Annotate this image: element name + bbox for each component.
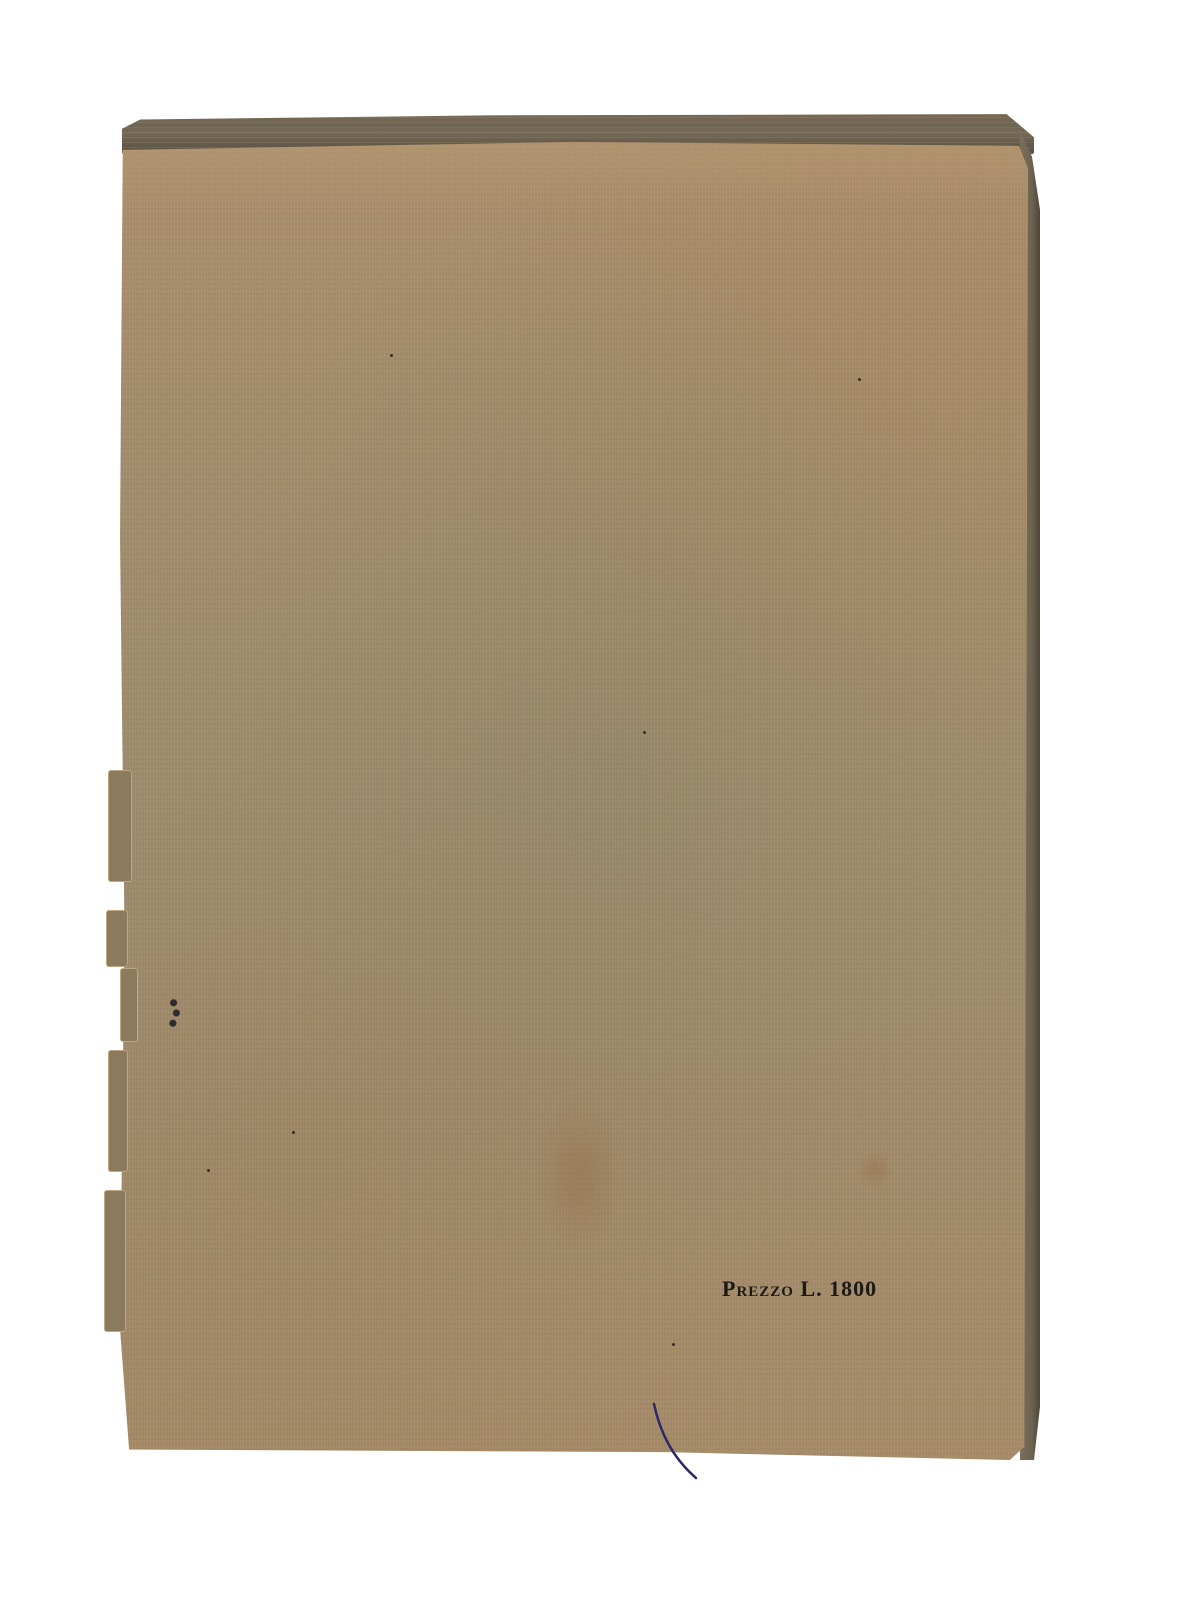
ink-smudge [168, 996, 182, 1030]
speck [858, 378, 861, 381]
water-stain [535, 1095, 625, 1255]
speck [672, 1343, 675, 1346]
torn-edge-fragment [108, 1050, 128, 1172]
speck [207, 1169, 210, 1172]
speck [390, 354, 393, 357]
cover-wear [120, 142, 1028, 212]
torn-edge-fragment [106, 910, 128, 967]
water-stain [855, 1150, 895, 1190]
pen-mark [650, 1402, 710, 1482]
price-label: Prezzo L. 1800 [722, 1276, 877, 1302]
torn-edge-fragment [104, 1190, 126, 1332]
back-cover [120, 142, 1028, 1460]
speck [643, 731, 646, 734]
speck [292, 1131, 295, 1134]
scanned-page: Prezzo L. 1800 [0, 0, 1181, 1600]
torn-edge-fragment [108, 770, 132, 882]
torn-edge-fragment [120, 968, 138, 1042]
